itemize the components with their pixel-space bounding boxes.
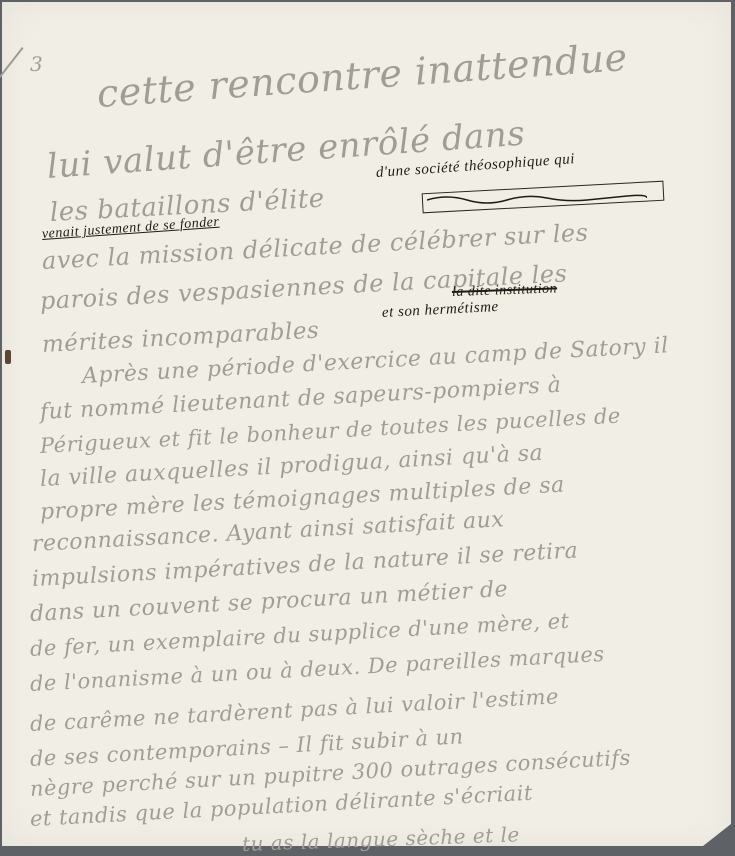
manuscript-line: cette rencontre inattendue <box>95 35 628 116</box>
manuscript-page: 3 cette rencontre inattendue lui valut d… <box>2 2 731 846</box>
manuscript-line: tu as la langue sèche et le <box>242 822 521 850</box>
ink-insertion: la dite institution <box>452 281 558 301</box>
ink-insertion: et son hermétisme <box>382 299 500 322</box>
ink-stain <box>5 350 11 364</box>
manuscript-line: de carême ne tardèrent pas à lui valoir … <box>29 684 559 736</box>
manuscript-line: mérites incomparables <box>41 317 320 357</box>
deletion-scribble <box>427 192 647 204</box>
page-number-slash <box>0 47 24 127</box>
torn-corner <box>703 824 731 846</box>
page-number: 3 <box>30 52 43 76</box>
